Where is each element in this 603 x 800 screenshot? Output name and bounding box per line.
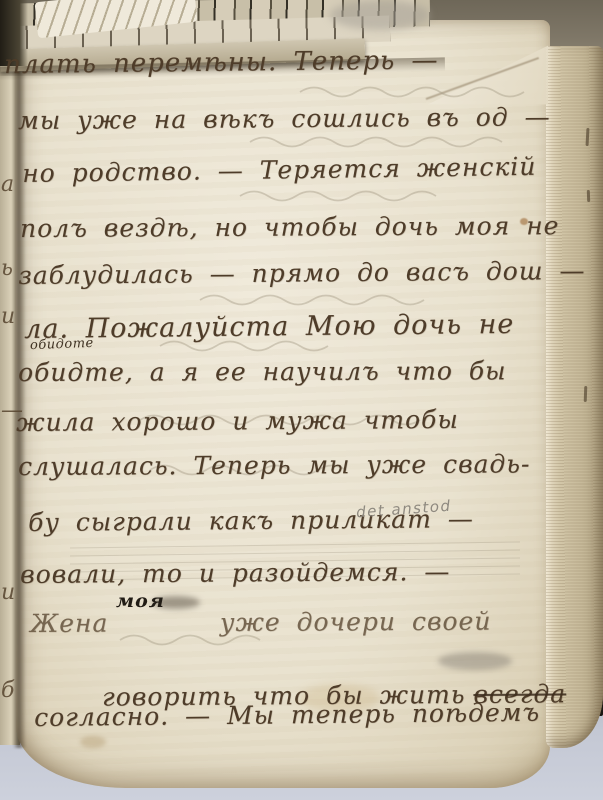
book-photo: плать перемѣны. Теперь — мы уже на вѣкъ … xyxy=(0,0,603,800)
manuscript-line: мы уже на вѣкъ сошлись въ од — xyxy=(18,102,551,135)
book-fore-edge xyxy=(546,46,603,748)
gray-blob xyxy=(330,0,430,30)
margin-fragment: б xyxy=(1,678,14,703)
interlinear-note: обидоте xyxy=(30,336,94,353)
manuscript-line: согласно. — Мы теперь поѣдемъ xyxy=(34,698,540,732)
manuscript-line: плать перемѣны. Теперь — xyxy=(4,45,439,80)
manuscript-line: полъ вездѣ, но чтобы дочь моя не xyxy=(20,211,560,243)
fore-edge-texture xyxy=(546,46,603,748)
margin-fragment: и xyxy=(1,580,15,605)
manuscript-line: Жена уже дочери своей xyxy=(30,607,491,638)
fore-edge-stain xyxy=(584,386,588,402)
margin-fragment: а xyxy=(1,172,14,197)
manuscript-line: ла. Пожалуйста Мою дочь не xyxy=(24,309,514,345)
ink-insertion: моя xyxy=(116,590,165,612)
margin-fragment: и xyxy=(1,304,15,329)
fore-edge-stain xyxy=(587,190,590,202)
manuscript-line: жила хорошо и мужа чтобы xyxy=(16,405,459,437)
manuscript-line: вовали, то и разойдемся. — xyxy=(20,557,450,589)
margin-fragment: ь xyxy=(1,256,13,281)
margin-fragment: — xyxy=(1,398,23,423)
manuscript-line: обидте, а я ее научилъ что бы xyxy=(18,356,507,387)
manuscript-line: слушалась. Теперь мы уже свадь- xyxy=(18,449,530,481)
manuscript-line: заблудилась — прямо до васъ дош — xyxy=(18,256,586,290)
